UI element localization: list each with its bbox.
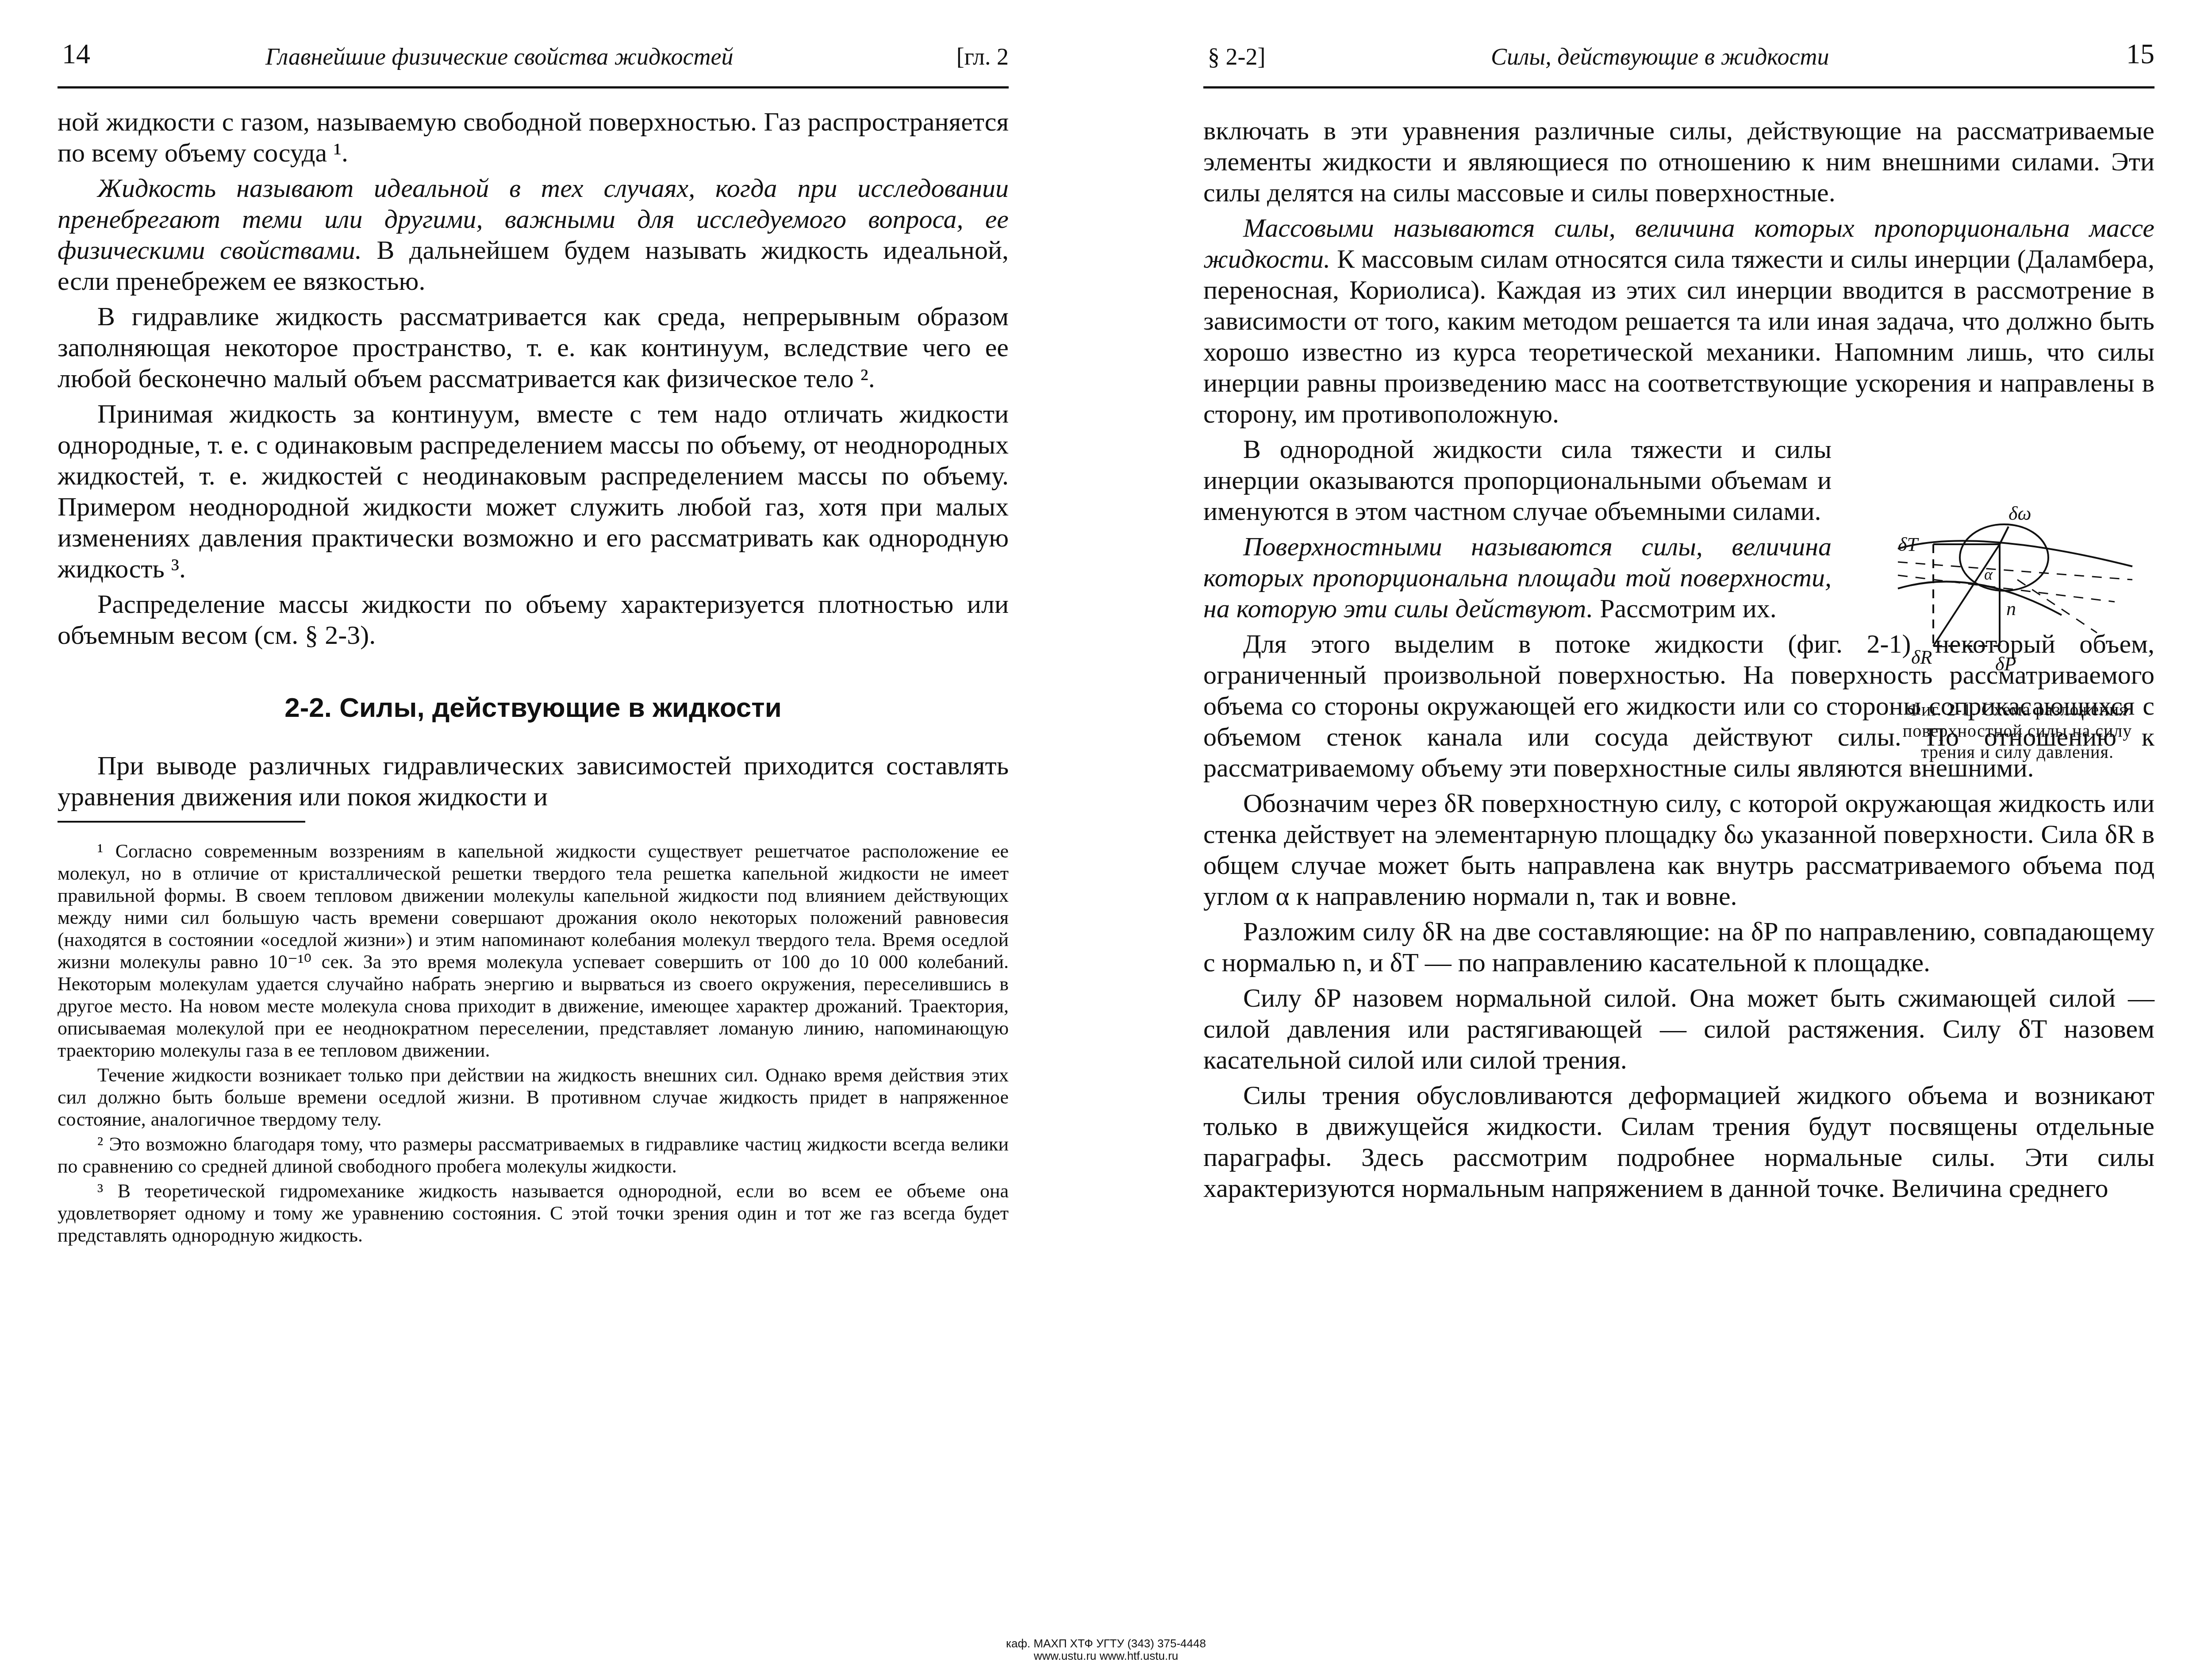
paragraph: Распределение массы жидкости по объему х… (58, 589, 1009, 650)
paragraph: В гидравлике жидкость рассматривается ка… (58, 301, 1009, 394)
label-d-p: δP (1995, 653, 2016, 675)
main-text: ной жидкости с газом, называемую свободн… (58, 106, 1009, 1249)
paragraph: Жидкость называют идеальной в тех случая… (58, 173, 1009, 296)
running-header-left: 14 Главнейшие физические свойства жидкос… (58, 38, 1009, 88)
paragraph: Принимая жидкость за континуум, вместе с… (58, 398, 1009, 584)
paragraph: включать в эти уравнения различные силы,… (1203, 115, 2154, 208)
footnotes: ¹ Согласно современным воззрениям в капе… (58, 840, 1009, 1246)
left-page: 14 Главнейшие физические свойства жидкос… (58, 0, 1009, 1602)
scan-footer: каф. МАХП ХТФ УГТУ (343) 375-4448 www.us… (0, 1637, 2212, 1662)
paragraph: Поверхностными называются силы, величина… (1203, 531, 1832, 624)
figure-2-1: δω δT α n δR δP Фиг. 2-1. Схема разложен… (1885, 500, 2150, 763)
figure-caption: Фиг. 2-1. Схема разложения поверхностной… (1885, 699, 2150, 763)
section-heading: 2-2. Силы, действующие в жидкости (58, 692, 1009, 723)
paragraph: Силы трения обусловливаются деформацией … (1203, 1080, 2154, 1204)
label-d-t: δT (1898, 534, 1919, 555)
footnote-1-cont: Течение жидкости возникает только при де… (58, 1064, 1009, 1131)
running-title: Силы, действующие в жидкости (1491, 43, 1829, 70)
footer-department: каф. МАХП ХТФ УГТУ (343) 375-4448 (0, 1637, 2212, 1650)
paragraph: Разложим силу δR на две составляющие: на… (1203, 916, 2154, 978)
force-decomposition-diagram: δω δT α n δR δP (1885, 500, 2150, 686)
label-alpha: α (1984, 566, 1993, 583)
footnote-3: ³ В теоретической гидромеханике жидкость… (58, 1180, 1009, 1246)
paragraph: В однородной жидкости сила тяжести и сил… (1203, 434, 1832, 527)
running-header-right: § 2-2] Силы, действующие в жидкости 15 (1203, 38, 2154, 88)
section-ref: § 2-2] (1208, 43, 1265, 70)
page-number: 15 (2126, 38, 2154, 70)
label-d-omega: δω (2008, 503, 2032, 524)
paragraph: Обозначим через δR поверхностную силу, с… (1203, 788, 2154, 912)
footnote-2: ² Это возможно благодаря тому, что разме… (58, 1133, 1009, 1177)
label-d-r: δR (1911, 646, 1932, 668)
label-n: n (2006, 598, 2016, 619)
running-title: Главнейшие физические свойства жидкостей (265, 43, 733, 70)
footnote-divider (58, 821, 305, 823)
paragraph: Массовыми называются силы, величина кото… (1203, 212, 2154, 429)
page-number: 14 (62, 38, 90, 70)
paragraph: Силу δP назовем нормальной силой. Она мо… (1203, 982, 2154, 1075)
footer-websites: www.ustu.ru www.htf.ustu.ru (0, 1650, 2212, 1662)
text-wrap-beside-figure: В однородной жидкости сила тяжести и сил… (1203, 434, 1832, 624)
chapter-ref: [гл. 2 (956, 43, 1009, 70)
paragraph: ной жидкости с газом, называемую свободн… (58, 106, 1009, 168)
right-page: § 2-2] Силы, действующие в жидкости 15 в… (1203, 0, 2154, 1602)
footnote-1: ¹ Согласно современным воззрениям в капе… (58, 840, 1009, 1062)
paragraph: При выводе различных гидравлических зави… (58, 750, 1009, 812)
